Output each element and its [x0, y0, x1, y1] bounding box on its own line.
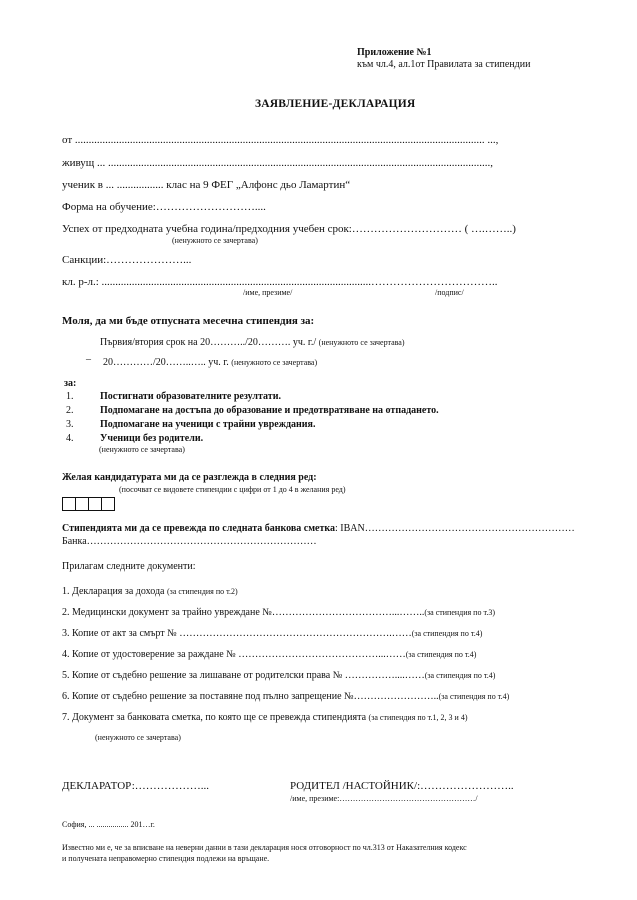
parent-name-field[interactable]: /име, презиме:……………………………………………/ [290, 794, 478, 803]
signature-label: /подпис/ [435, 288, 464, 297]
field-class-teacher[interactable]: кл. р-л.: ..............................… [62, 276, 498, 288]
document-item[interactable]: 3. Копие от акт за смърт № …………………………………… [62, 628, 482, 639]
preference-box[interactable] [88, 497, 102, 511]
appendix-subtitle: към чл.4, ал.1от Правилата за стипендии [357, 59, 530, 70]
preference-note: (посочват се видовете стипендии с цифри … [119, 485, 346, 494]
document-item[interactable]: 7. Документ за банковата сметка, по коят… [62, 712, 468, 723]
preference-box[interactable] [75, 497, 89, 511]
year-line: 20…………/20……..….. уч. г. [103, 357, 229, 368]
place-date-field[interactable]: София, ... ................ 201…г. [62, 820, 155, 829]
reasons-list: 1.Постигнати образователните резултати. … [66, 391, 439, 447]
term-option[interactable]: Първия/втория срок на 20………../20………. уч.… [100, 337, 405, 348]
name-label: /име, презиме/ [243, 288, 292, 297]
preference-box[interactable] [62, 497, 76, 511]
year-option[interactable]: 20…………/20……..….. уч. г. (ненужното се за… [103, 357, 317, 368]
documents-heading: Прилагам следните документи: [62, 561, 196, 572]
reason-item[interactable]: 3.Подпомагане на ученици с трайни уврежд… [66, 419, 439, 433]
field-living[interactable]: живущ ... ..............................… [62, 157, 493, 169]
field-student[interactable]: ученик в ... ................. клас на 9… [62, 179, 350, 191]
for-label: за: [64, 378, 76, 389]
bank-account-line[interactable]: Стипендията ми да се превежда по следнат… [62, 523, 575, 534]
preference-box[interactable] [101, 497, 115, 511]
year-dash: – [86, 354, 91, 365]
iban-field: : IBAN……………………………………………………… [335, 523, 575, 534]
declarator-signature[interactable]: ДЕКЛАРАТОР:………………... [62, 780, 209, 792]
request-heading: Моля, да ми бъде отпусната месечна стипе… [62, 315, 314, 327]
reason-item[interactable]: 2.Подпомагане на достъпа до образование … [66, 405, 439, 419]
document-item[interactable]: 2. Медицински документ за трайно уврежда… [62, 607, 495, 618]
bank-name-field[interactable]: Банка…………………………………………………………… [62, 536, 317, 547]
documents-note: (ненужното се зачертава) [95, 733, 181, 742]
disclaimer-line-1: Известно ми е, че за вписване на неверни… [62, 843, 467, 852]
parent-signature[interactable]: РОДИТЕЛ /НАСТОЙНИК/:…………………….. [290, 780, 514, 792]
document-item[interactable]: 4. Копие от удостоверение за раждане № …… [62, 649, 476, 660]
preference-heading: Желая кандидатурата ми да се разглежда в… [62, 472, 317, 483]
document-item[interactable]: 5. Копие от съдебно решение за лишаване … [62, 670, 495, 681]
term-line: Първия/втория срок на 20………../20………. уч.… [100, 337, 316, 348]
success-note: (ненужното се зачертава) [172, 236, 258, 245]
preference-boxes [62, 497, 114, 511]
term-note: (ненужното се зачертава) [319, 338, 405, 347]
appendix-title: Приложение №1 [357, 47, 432, 58]
document-item[interactable]: 6. Копие от съдебно решение за поставяне… [62, 691, 509, 702]
field-form[interactable]: Форма на обучение:……………………….... [62, 201, 266, 213]
document-title: ЗАЯВЛЕНИЕ-ДЕКЛАРАЦИЯ [255, 98, 415, 110]
year-note: (ненужното се зачертава) [231, 358, 317, 367]
disclaimer-line-2: и получената неправомерно стипендия подл… [62, 854, 269, 863]
field-sanctions[interactable]: Санкции:…………………... [62, 254, 191, 266]
bank-label: Стипендията ми да се превежда по следнат… [62, 523, 335, 534]
field-success[interactable]: Успех от предходната учебна година/предх… [62, 223, 516, 235]
reasons-note: (ненужното се зачертава) [99, 445, 185, 454]
field-from[interactable]: от .....................................… [62, 134, 498, 146]
document-item[interactable]: 1. Декларация за дохода (за стипендия по… [62, 586, 238, 597]
reason-item[interactable]: 1.Постигнати образователните резултати. [66, 391, 439, 405]
